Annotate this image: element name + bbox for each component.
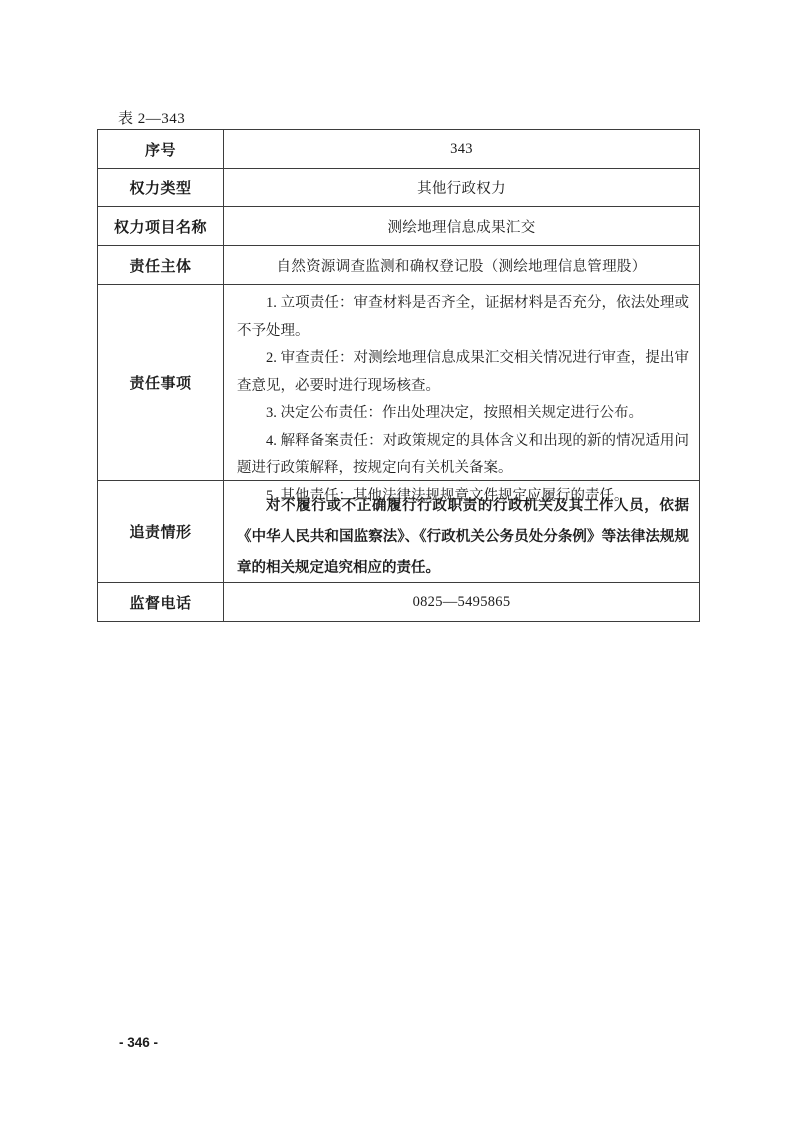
table-row-responsible-entity: 责任主体 自然资源调查监测和确权登记股（测绘地理信息管理股） [98, 246, 699, 285]
table-row-supervision-phone: 监督电话 0825—5495865 [98, 583, 699, 621]
row-content: 其他行政权力 [224, 169, 699, 206]
row-content: 0825—5495865 [224, 583, 699, 621]
responsibility-item: 4. 解释备案责任：对政策规定的具体含义和出现的新的情况适用问题进行政策解释，按… [237, 428, 689, 483]
table-row-accountability-circumstances: 追责情形 对不履行或不正确履行行政职责的行政机关及其工作人员，依据《中华人民共和… [98, 481, 699, 583]
row-content: 对不履行或不正确履行行政职责的行政机关及其工作人员，依据《中华人民共和国监察法》… [224, 481, 699, 582]
responsibility-item: 3. 决定公布责任：作出处理决定，按照相关规定进行公布。 [237, 400, 689, 428]
row-label: 责任主体 [98, 246, 224, 284]
row-label: 序号 [98, 130, 224, 168]
row-content: 自然资源调查监测和确权登记股（测绘地理信息管理股） [224, 246, 699, 284]
responsibility-item: 1. 立项责任：审查材料是否齐全，证据材料是否充分，依法处理或不予处理。 [237, 290, 689, 345]
table-row-serial-number: 序号 343 [98, 130, 699, 169]
table-row-power-type: 权力类型 其他行政权力 [98, 169, 699, 207]
row-content: 343 [224, 130, 699, 168]
responsibility-table: 序号 343 权力类型 其他行政权力 权力项目名称 测绘地理信息成果汇交 责任主… [97, 129, 700, 622]
page-number: - 346 - [119, 1035, 158, 1050]
row-label: 责任事项 [98, 285, 224, 480]
row-content: 1. 立项责任：审查材料是否齐全，证据材料是否充分，依法处理或不予处理。 2. … [224, 285, 699, 480]
row-label: 权力项目名称 [98, 207, 224, 245]
row-label: 追责情形 [98, 481, 224, 582]
table-caption: 表 2—343 [118, 107, 185, 128]
row-label: 权力类型 [98, 169, 224, 206]
row-content: 测绘地理信息成果汇交 [224, 207, 699, 245]
row-label: 监督电话 [98, 583, 224, 621]
table-row-power-item-name: 权力项目名称 测绘地理信息成果汇交 [98, 207, 699, 246]
accountability-text: 对不履行或不正确履行行政职责的行政机关及其工作人员，依据《中华人民共和国监察法》… [237, 491, 689, 584]
table-row-responsibility-items: 责任事项 1. 立项责任：审查材料是否齐全，证据材料是否充分，依法处理或不予处理… [98, 285, 699, 481]
document-page: 表 2—343 序号 343 权力类型 其他行政权力 权力项目名称 测绘地理信息… [0, 0, 793, 1122]
responsibility-item: 2. 审查责任：对测绘地理信息成果汇交相关情况进行审查，提出审查意见，必要时进行… [237, 345, 689, 400]
